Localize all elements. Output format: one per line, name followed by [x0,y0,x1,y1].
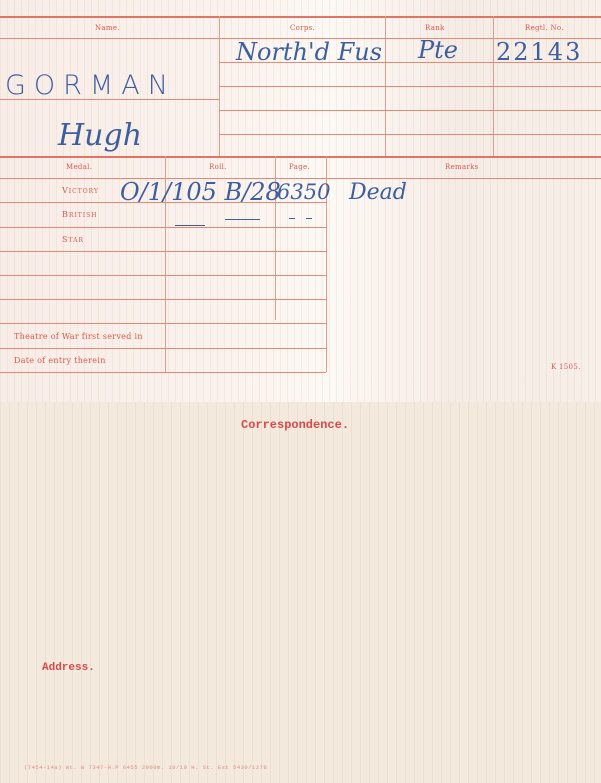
british-roll-ditto-2 [225,219,260,220]
british-page-ditto [289,218,295,219]
top-rule [0,16,601,18]
header-medal: Medal. [66,163,92,171]
surname-entry: GORMAN [5,70,176,101]
row-rule-3 [0,251,326,252]
header-regt-no: Regtl. No. [525,24,564,32]
header-remarks: Remarks [445,163,479,171]
victory-roll-entry: O/1/105 B/28 [120,178,281,206]
header-rank: Rank [425,24,445,32]
row-rule-4 [0,275,326,276]
row-rule-6 [0,323,326,324]
medal-section-top-rule [0,156,601,158]
corps-entry: North'd Fus [236,38,382,66]
row-rule-8 [0,372,326,373]
header-name: Name. [95,24,120,32]
rank-entry: Pte [418,36,458,64]
medal-index-card-reverse: Correspondence. Address. (7454-14a) Wt. … [0,402,601,783]
forename-entry: Hugh [58,118,142,153]
british-roll-ditto [175,225,205,226]
row-rule-7 [0,348,326,349]
row-rule-2 [0,227,326,228]
header-roll: Roll. [209,163,227,171]
entry-rule-2 [219,86,601,87]
correspondence-title: Correspondence. [241,418,349,432]
medal-star: Star [62,235,84,244]
header-corps: Corps. [290,24,315,32]
regt-no-entry: 22143 [496,38,582,66]
header-page: Page. [289,163,310,171]
medal-british: British [62,210,97,219]
address-label: Address. [42,662,95,674]
medal-header-rule [0,178,601,179]
entry-rule-3 [219,110,601,111]
medal-victory: Victory [62,186,99,195]
printer-line: (7454-14a) Wt. W 7347-H.P 6455 2000m. 10… [24,764,267,771]
date-entry-label: Date of entry therein [14,356,106,365]
british-page-ditto-2 [306,218,312,219]
row-rule-5 [0,299,326,300]
victory-remarks-entry: Dead [349,180,407,205]
entry-rule-4 [219,134,601,135]
theatre-label: Theatre of War first served in [14,332,143,341]
form-code: K 1505. [551,363,581,371]
victory-page-entry: 6350 [277,180,330,204]
medal-index-card-front: Name. Corps. Rank Regtl. No. GORMAN Hugh… [0,0,601,402]
